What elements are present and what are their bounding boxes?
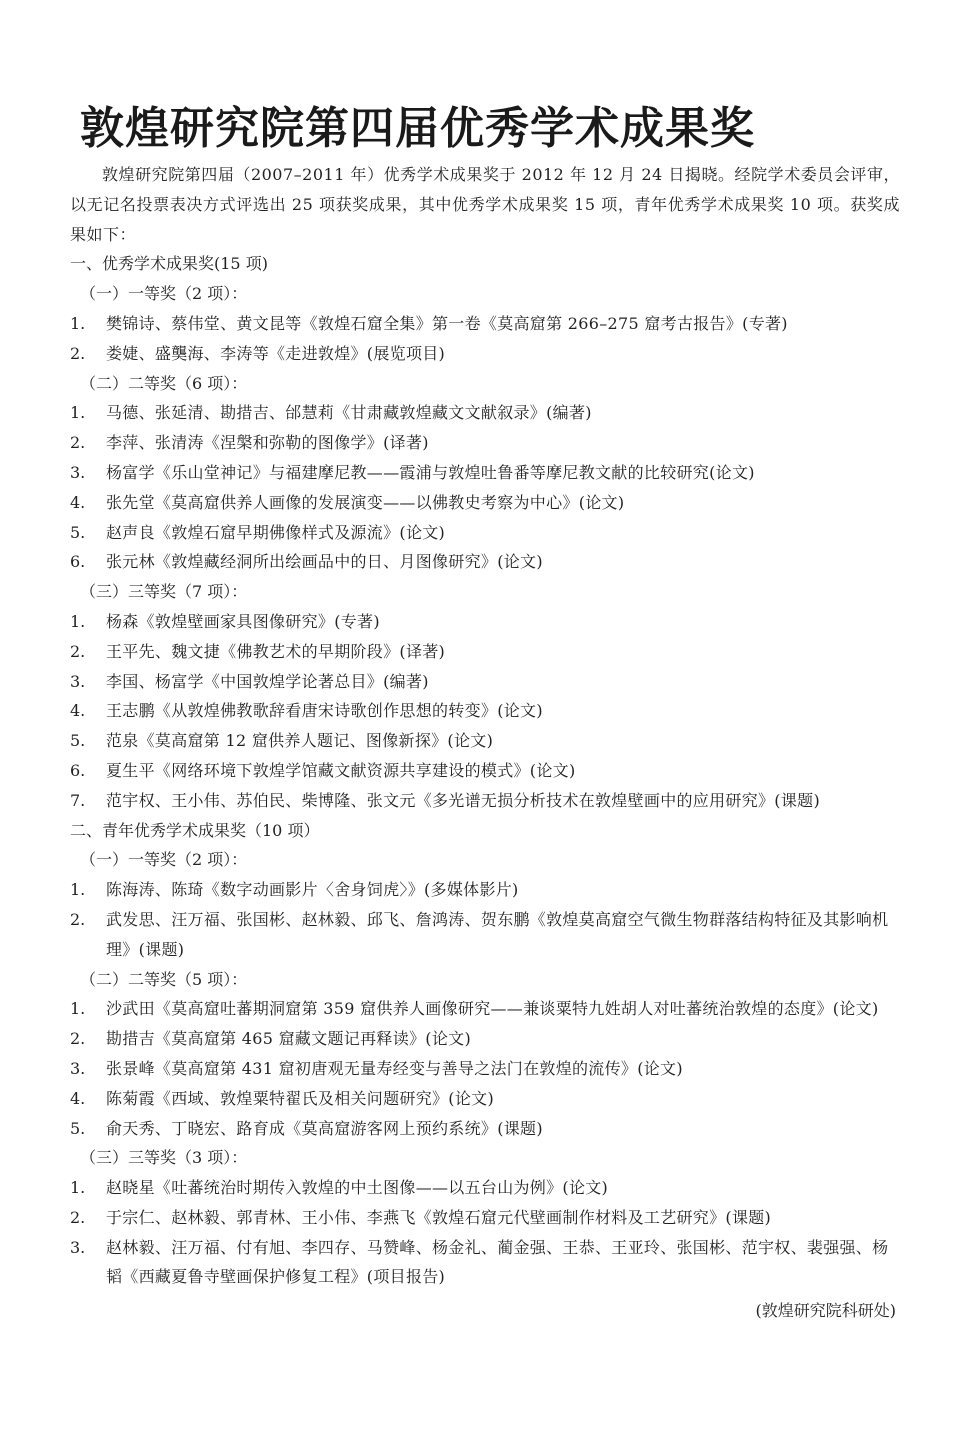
item-number: 6. [70,756,106,786]
list-item: 3.赵林毅、汪万福、付有旭、李四存、马赞峰、杨金礼、蔺金强、王恭、王亚玲、张国彬… [70,1233,900,1293]
section-excellent-achievement-award: 一、优秀学术成果奖(15 项) （一）一等奖（2 项）： 1.樊锦诗、蔡伟堂、黄… [70,249,900,815]
item-number: 3. [70,1233,106,1293]
item-text: 勘措吉《莫高窟第 465 窟藏文题记再释读》(论文) [106,1024,900,1054]
item-number: 2. [70,1024,106,1054]
list-item: 4.王志鹏《从敦煌佛教歌辞看唐宋诗歌创作思想的转变》(论文) [70,696,900,726]
tier-heading-second-prize: （二）二等奖（6 项）： [70,369,900,399]
list-item: 1.马德、张延清、勘措吉、邰慧莉《甘肃藏敦煌藏文文献叙录》(编著) [70,398,900,428]
item-number: 1. [70,875,106,905]
award-list: 1.杨森《敦煌壁画家具图像研究》(专著) 2.王平先、魏文捷《佛教艺术的早期阶段… [70,607,900,816]
award-list: 1.樊锦诗、蔡伟堂、黄文昆等《敦煌石窟全集》第一卷《莫高窟第 266–275 窟… [70,309,900,369]
item-text: 张元林《敦煌藏经洞所出绘画品中的日、月图像研究》(论文) [106,547,900,577]
list-item: 1.沙武田《莫高窟吐蕃期洞窟第 359 窟供养人画像研究——兼谈粟特九姓胡人对吐… [70,994,900,1024]
item-number: 4. [70,488,106,518]
item-number: 2. [70,428,106,458]
item-number: 6. [70,547,106,577]
item-text: 俞天秀、丁晓宏、路育成《莫高窟游客网上预约系统》(课题) [106,1114,900,1144]
list-item: 2.武发思、汪万福、张国彬、赵林毅、邱飞、詹鸿涛、贺东鹏《敦煌莫高窟空气微生物群… [70,905,900,965]
item-number: 4. [70,1084,106,1114]
item-number: 1. [70,607,106,637]
list-item: 6.夏生平《网络环境下敦煌学馆藏文献资源共享建设的模式》(论文) [70,756,900,786]
item-text: 杨森《敦煌壁画家具图像研究》(专著) [106,607,900,637]
list-item: 4.陈菊霞《西域、敦煌粟特翟氏及相关问题研究》(论文) [70,1084,900,1114]
signature: (敦煌研究院科研处) [70,1296,900,1326]
item-text: 赵晓星《吐蕃统治时期传入敦煌的中土图像——以五台山为例》(论文) [106,1173,900,1203]
list-item: 6.张元林《敦煌藏经洞所出绘画品中的日、月图像研究》(论文) [70,547,900,577]
list-item: 3.杨富学《乐山堂神记》与福建摩尼教——霞浦与敦煌吐鲁番等摩尼教文献的比较研究(… [70,458,900,488]
item-text: 樊锦诗、蔡伟堂、黄文昆等《敦煌石窟全集》第一卷《莫高窟第 266–275 窟考古… [106,309,900,339]
item-text: 李萍、张清涛《涅槃和弥勒的图像学》(译著) [106,428,900,458]
item-number: 2. [70,905,106,965]
item-number: 3. [70,458,106,488]
item-text: 张先堂《莫高窟供养人画像的发展演变——以佛教史考察为中心》(论文) [106,488,900,518]
item-number: 5. [70,726,106,756]
list-item: 1.樊锦诗、蔡伟堂、黄文昆等《敦煌石窟全集》第一卷《莫高窟第 266–275 窟… [70,309,900,339]
item-text: 于宗仁、赵林毅、郭青林、王小伟、李燕飞《敦煌石窟元代壁画制作材料及工艺研究》(课… [106,1203,900,1233]
list-item: 5.赵声良《敦煌石窟早期佛像样式及源流》(论文) [70,518,900,548]
tier-heading-second-prize: （二）二等奖（5 项）： [70,965,900,995]
list-item: 1.赵晓星《吐蕃统治时期传入敦煌的中土图像——以五台山为例》(论文) [70,1173,900,1203]
list-item: 4.张先堂《莫高窟供养人画像的发展演变——以佛教史考察为中心》(论文) [70,488,900,518]
list-item: 1.陈海涛、陈琦《数字动画影片〈舍身饲虎〉》(多媒体影片) [70,875,900,905]
section-heading: 一、优秀学术成果奖(15 项) [70,249,900,279]
list-item: 1.杨森《敦煌壁画家具图像研究》(专著) [70,607,900,637]
intro-paragraph: 敦煌研究院第四届（2007–2011 年）优秀学术成果奖于 2012 年 12 … [70,160,900,249]
document-body: 敦煌研究院第四届（2007–2011 年）优秀学术成果奖于 2012 年 12 … [70,160,900,1326]
item-number: 1. [70,1173,106,1203]
item-text: 马德、张延清、勘措吉、邰慧莉《甘肃藏敦煌藏文文献叙录》(编著) [106,398,900,428]
item-text: 王志鹏《从敦煌佛教歌辞看唐宋诗歌创作思想的转变》(论文) [106,696,900,726]
item-number: 2. [70,339,106,369]
item-number: 5. [70,518,106,548]
item-text: 沙武田《莫高窟吐蕃期洞窟第 359 窟供养人画像研究——兼谈粟特九姓胡人对吐蕃统… [106,994,900,1024]
item-number: 7. [70,786,106,816]
item-number: 4. [70,696,106,726]
item-text: 陈菊霞《西域、敦煌粟特翟氏及相关问题研究》(论文) [106,1084,900,1114]
award-list: 1.赵晓星《吐蕃统治时期传入敦煌的中土图像——以五台山为例》(论文) 2.于宗仁… [70,1173,900,1292]
item-text: 李国、杨富学《中国敦煌学论著总目》(编著) [106,667,900,697]
item-number: 2. [70,1203,106,1233]
item-number: 2. [70,637,106,667]
item-number: 3. [70,667,106,697]
item-text: 张景峰《莫高窟第 431 窟初唐观无量寿经变与善导之法门在敦煌的流传》(论文) [106,1054,900,1084]
list-item: 5.范泉《莫高窟第 12 窟供养人题记、图像新探》(论文) [70,726,900,756]
tier-heading-third-prize: （三）三等奖（7 项）： [70,577,900,607]
item-text: 赵林毅、汪万福、付有旭、李四存、马赞峰、杨金礼、蔺金强、王恭、王亚玲、张国彬、范… [106,1233,900,1293]
item-number: 3. [70,1054,106,1084]
item-text: 武发思、汪万福、张国彬、赵林毅、邱飞、詹鸿涛、贺东鹏《敦煌莫高窟空气微生物群落结… [106,905,900,965]
section-heading: 二、青年优秀学术成果奖（10 项） [70,816,900,846]
list-item: 3.张景峰《莫高窟第 431 窟初唐观无量寿经变与善导之法门在敦煌的流传》(论文… [70,1054,900,1084]
item-text: 娄婕、盛龑海、李涛等《走进敦煌》(展览项目) [106,339,900,369]
list-item: 2.娄婕、盛龑海、李涛等《走进敦煌》(展览项目) [70,339,900,369]
list-item: 2.李萍、张清涛《涅槃和弥勒的图像学》(译著) [70,428,900,458]
item-text: 夏生平《网络环境下敦煌学馆藏文献资源共享建设的模式》(论文) [106,756,900,786]
tier-heading-first-prize: （一）一等奖（2 项）： [70,279,900,309]
list-item: 5.俞天秀、丁晓宏、路育成《莫高窟游客网上预约系统》(课题) [70,1114,900,1144]
item-number: 1. [70,994,106,1024]
tier-heading-first-prize: （一）一等奖（2 项）： [70,845,900,875]
item-text: 王平先、魏文捷《佛教艺术的早期阶段》(译著) [106,637,900,667]
section-young-scholar-award: 二、青年优秀学术成果奖（10 项） （一）一等奖（2 项）： 1.陈海涛、陈琦《… [70,816,900,1293]
list-item: 7.范宇权、王小伟、苏伯民、柴博隆、张文元《多光谱无损分析技术在敦煌壁画中的应用… [70,786,900,816]
item-text: 杨富学《乐山堂神记》与福建摩尼教——霞浦与敦煌吐鲁番等摩尼教文献的比较研究(论文… [106,458,900,488]
tier-heading-third-prize: （三）三等奖（3 项）： [70,1143,900,1173]
page-title: 敦煌研究院第四届优秀学术成果奖 [80,99,880,159]
award-list: 1.沙武田《莫高窟吐蕃期洞窟第 359 窟供养人画像研究——兼谈粟特九姓胡人对吐… [70,994,900,1143]
list-item: 2.王平先、魏文捷《佛教艺术的早期阶段》(译著) [70,637,900,667]
award-list: 1.马德、张延清、勘措吉、邰慧莉《甘肃藏敦煌藏文文献叙录》(编著) 2.李萍、张… [70,398,900,577]
item-text: 范泉《莫高窟第 12 窟供养人题记、图像新探》(论文) [106,726,900,756]
list-item: 3.李国、杨富学《中国敦煌学论著总目》(编著) [70,667,900,697]
award-list: 1.陈海涛、陈琦《数字动画影片〈舍身饲虎〉》(多媒体影片) 2.武发思、汪万福、… [70,875,900,964]
item-number: 1. [70,309,106,339]
document-page: 敦煌研究院第四届优秀学术成果奖 敦煌研究院第四届（2007–2011 年）优秀学… [0,0,966,1437]
list-item: 2.勘措吉《莫高窟第 465 窟藏文题记再释读》(论文) [70,1024,900,1054]
item-text: 赵声良《敦煌石窟早期佛像样式及源流》(论文) [106,518,900,548]
list-item: 2.于宗仁、赵林毅、郭青林、王小伟、李燕飞《敦煌石窟元代壁画制作材料及工艺研究》… [70,1203,900,1233]
item-number: 1. [70,398,106,428]
item-text: 陈海涛、陈琦《数字动画影片〈舍身饲虎〉》(多媒体影片) [106,875,900,905]
item-number: 5. [70,1114,106,1144]
item-text: 范宇权、王小伟、苏伯民、柴博隆、张文元《多光谱无损分析技术在敦煌壁画中的应用研究… [106,786,900,816]
